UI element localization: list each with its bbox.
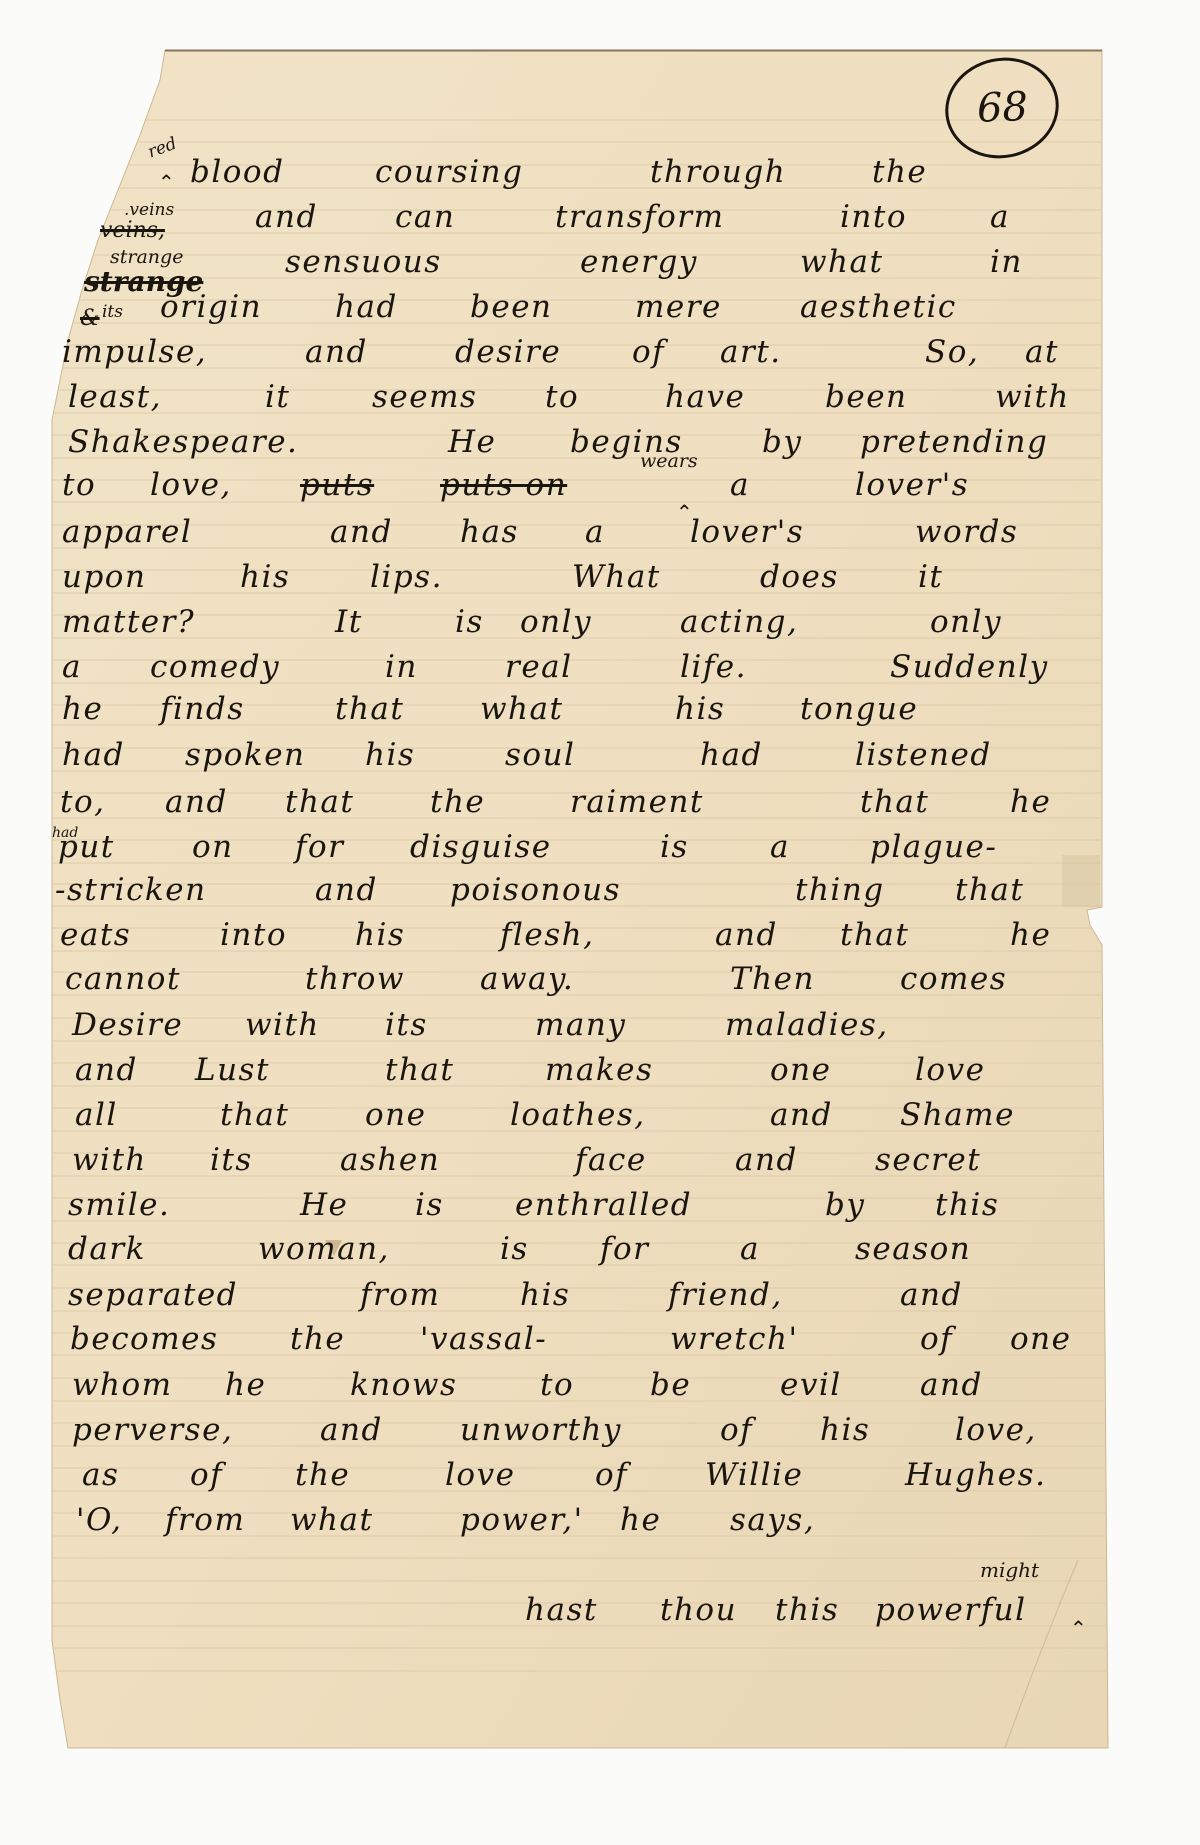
- word: real: [505, 652, 573, 683]
- word: he: [1010, 920, 1051, 951]
- manuscript-line: matter? It is only acting, only: [0, 598, 1200, 638]
- manuscript-line: cannot throw away. Then comes: [0, 955, 1200, 995]
- word: listened: [855, 740, 992, 771]
- word: comedy: [150, 652, 280, 683]
- word: plague-: [870, 832, 997, 863]
- word: love: [915, 1055, 985, 1086]
- word: that: [955, 875, 1024, 906]
- manuscript-line: dark woman, is for a season: [0, 1225, 1200, 1265]
- word: thing: [795, 875, 885, 906]
- word: power,': [460, 1505, 584, 1536]
- word: pretending: [860, 427, 1048, 458]
- word: to: [540, 1370, 574, 1401]
- word: that: [840, 920, 909, 951]
- word: a: [585, 517, 605, 548]
- word: that: [385, 1055, 454, 1086]
- word: season: [855, 1234, 971, 1265]
- word: thou: [660, 1595, 737, 1626]
- word: on: [192, 832, 234, 863]
- word: its: [385, 1010, 428, 1041]
- word: does: [760, 562, 839, 593]
- word: and: [920, 1370, 983, 1401]
- word: flesh,: [500, 920, 594, 951]
- word: ashen: [340, 1145, 440, 1176]
- word: evil: [780, 1370, 842, 1401]
- word: by: [762, 427, 802, 458]
- word: It: [335, 607, 363, 638]
- word: hast: [525, 1595, 598, 1626]
- manuscript-line: Desire with its many maladies,: [0, 1001, 1200, 1041]
- word: is: [455, 607, 484, 638]
- word: away.: [480, 964, 574, 995]
- word: and: [770, 1100, 833, 1131]
- word: tongue: [800, 694, 918, 725]
- word: he: [225, 1370, 266, 1401]
- manuscript-line: with its ashen face and secret: [0, 1136, 1200, 1176]
- word: only: [520, 607, 592, 638]
- word: to: [545, 382, 579, 413]
- manuscript-line: separated from his friend, and: [0, 1271, 1200, 1311]
- word: in: [385, 652, 418, 683]
- word: transform: [555, 202, 724, 233]
- manuscript-line: and Lust that makes one love: [0, 1046, 1200, 1086]
- word: it: [265, 382, 290, 413]
- manuscript-line: had spoken his soul had listened: [0, 731, 1200, 771]
- word: love,: [955, 1415, 1037, 1446]
- word: had: [62, 740, 125, 771]
- word: lover's: [690, 517, 804, 548]
- word: the: [290, 1324, 345, 1355]
- word: he: [62, 694, 103, 725]
- word: What: [572, 562, 661, 593]
- word: this: [935, 1190, 999, 1221]
- word: his: [240, 562, 290, 593]
- word: least,: [68, 382, 162, 413]
- word: as: [82, 1460, 119, 1491]
- word: to: [62, 470, 96, 501]
- word: a: [730, 470, 750, 501]
- word: apparel: [62, 517, 192, 548]
- word-struck: puts: [300, 470, 374, 501]
- word: the: [430, 787, 485, 818]
- word: So,: [925, 337, 979, 368]
- word: he: [1010, 787, 1051, 818]
- word: his: [365, 740, 415, 771]
- word: had: [700, 740, 763, 771]
- word: by: [825, 1190, 865, 1221]
- word: for: [295, 832, 344, 863]
- word: has: [460, 517, 519, 548]
- word: perverse,: [72, 1415, 233, 1446]
- word: into: [840, 202, 907, 233]
- word: enthralled: [515, 1190, 692, 1221]
- manuscript-line: smile. He is enthralled by this: [0, 1181, 1200, 1221]
- manuscript-line: becomes the 'vassal- wretch' of one: [0, 1315, 1200, 1355]
- word: his: [520, 1280, 570, 1311]
- word: smile.: [68, 1190, 170, 1221]
- word: and: [735, 1145, 798, 1176]
- word: is: [660, 832, 689, 863]
- word: spoken: [185, 740, 306, 771]
- word: this: [775, 1595, 839, 1626]
- word: Hughes.: [905, 1460, 1046, 1491]
- word: all: [75, 1100, 118, 1131]
- manuscript-line: impulse, and desire of art. So, at: [0, 328, 1200, 368]
- word: art.: [720, 337, 782, 368]
- word: what: [480, 694, 563, 725]
- word: the: [872, 157, 927, 188]
- word: lips.: [370, 562, 443, 593]
- manuscript-line: blood coursing through the: [0, 148, 1200, 188]
- word: whom: [72, 1370, 173, 1401]
- manuscript-line: origin had been mere aesthetic: [0, 283, 1200, 323]
- word: mere: [635, 292, 722, 323]
- word: into: [220, 920, 287, 951]
- manuscript-line: and can transform into a: [0, 193, 1200, 233]
- manuscript-line: perverse, and unworthy of his love,: [0, 1406, 1200, 1446]
- word: Willie: [705, 1460, 803, 1491]
- manuscript-line: hast thou this powerful: [0, 1586, 1200, 1626]
- word: wretch': [670, 1324, 799, 1355]
- word: origin: [160, 292, 262, 323]
- word: it: [918, 562, 943, 593]
- word: a: [62, 652, 82, 683]
- word: for: [600, 1234, 649, 1265]
- word: and: [305, 337, 368, 368]
- word: and: [320, 1415, 383, 1446]
- word: powerful: [875, 1595, 1027, 1626]
- word: love: [445, 1460, 515, 1491]
- word: dark: [68, 1234, 146, 1265]
- word: what: [800, 247, 883, 278]
- word: Suddenly: [890, 652, 1049, 683]
- word: have: [665, 382, 745, 413]
- manuscript-line: to love, puts puts on a lover's: [0, 461, 1200, 501]
- word: with: [995, 382, 1070, 413]
- word: impulse,: [62, 337, 207, 368]
- word: at: [1025, 337, 1059, 368]
- word: from: [165, 1505, 245, 1536]
- manuscript-line: apparel and has a lover's words: [0, 508, 1200, 548]
- word: friend,: [668, 1280, 783, 1311]
- word: secret: [875, 1145, 981, 1176]
- word: lover's: [855, 470, 969, 501]
- word: throw: [305, 964, 405, 995]
- margin-note-might: might: [980, 1560, 1039, 1580]
- manuscript-line: -stricken and poisonous thing that: [0, 866, 1200, 906]
- word: and: [255, 202, 318, 233]
- word: 'O,: [76, 1505, 122, 1536]
- word: comes: [900, 964, 1007, 995]
- word: the: [295, 1460, 350, 1491]
- word: raiment: [570, 787, 704, 818]
- word: maladies,: [725, 1010, 889, 1041]
- word: a: [990, 202, 1010, 233]
- word: Lust: [195, 1055, 270, 1086]
- word: Desire: [72, 1010, 183, 1041]
- manuscript-line: 'O, from what power,' he says,: [0, 1496, 1200, 1536]
- word: -stricken: [55, 875, 207, 906]
- word: that: [285, 787, 354, 818]
- word: one: [365, 1100, 426, 1131]
- word: blood: [190, 157, 284, 188]
- word: soul: [505, 740, 575, 771]
- word: is: [500, 1234, 529, 1265]
- word: a: [740, 1234, 760, 1265]
- word: that: [335, 694, 404, 725]
- word: many: [535, 1010, 626, 1041]
- word: loathes,: [510, 1100, 646, 1131]
- word: and: [715, 920, 778, 951]
- word: only: [930, 607, 1002, 638]
- word: coursing: [375, 157, 523, 188]
- manuscript-line: upon his lips. What does it: [0, 553, 1200, 593]
- word: from: [360, 1280, 440, 1311]
- word: of: [720, 1415, 753, 1446]
- word: says,: [730, 1505, 815, 1536]
- word: of: [632, 337, 665, 368]
- word: in: [990, 247, 1023, 278]
- word: what: [290, 1505, 373, 1536]
- word: be: [650, 1370, 691, 1401]
- word: love,: [150, 470, 232, 501]
- word: been: [470, 292, 553, 323]
- word: his: [675, 694, 725, 725]
- manuscript-line: put on for disguise is a plague-: [0, 823, 1200, 863]
- word: of: [920, 1324, 953, 1355]
- word: its: [210, 1145, 253, 1176]
- word: poisonous: [450, 875, 621, 906]
- word: sensuous: [285, 247, 442, 278]
- word: a: [770, 832, 790, 863]
- manuscript-line: Shakespeare. He begins by pretending: [0, 418, 1200, 458]
- word: unworthy: [460, 1415, 622, 1446]
- word: cannot: [65, 964, 181, 995]
- word: face: [575, 1145, 647, 1176]
- word: and: [165, 787, 228, 818]
- word: Then: [730, 964, 815, 995]
- word: energy: [580, 247, 698, 278]
- word: and: [900, 1280, 963, 1311]
- word: knows: [350, 1370, 457, 1401]
- word: that: [220, 1100, 289, 1131]
- word: life.: [680, 652, 747, 683]
- word: seems: [372, 382, 477, 413]
- word: that: [860, 787, 929, 818]
- manuscript-line: a comedy in real life. Suddenly: [0, 643, 1200, 683]
- manuscript-line: whom he knows to be evil and: [0, 1361, 1200, 1401]
- word: words: [915, 517, 1018, 548]
- word: matter?: [62, 607, 195, 638]
- word: desire: [455, 337, 561, 368]
- manuscript-line: eats into his flesh, and that he: [0, 911, 1200, 951]
- word: he: [620, 1505, 661, 1536]
- word: through: [650, 157, 786, 188]
- word: 'vassal-: [420, 1324, 547, 1355]
- manuscript-line: least, it seems to have been with: [0, 373, 1200, 413]
- word: is: [415, 1190, 444, 1221]
- word: one: [770, 1055, 831, 1086]
- word: been: [825, 382, 908, 413]
- word: separated: [68, 1280, 238, 1311]
- word: aesthetic: [800, 292, 957, 323]
- word: makes: [545, 1055, 653, 1086]
- word: He: [300, 1190, 348, 1221]
- word: of: [595, 1460, 628, 1491]
- word: to,: [60, 787, 105, 818]
- word: can: [395, 202, 455, 233]
- word: He: [448, 427, 496, 458]
- word: and: [330, 517, 393, 548]
- word: his: [820, 1415, 870, 1446]
- manuscript-line: sensuous energy what in: [0, 238, 1200, 278]
- word: and: [75, 1055, 138, 1086]
- manuscript-line: as of the love of Willie Hughes.: [0, 1451, 1200, 1491]
- word: becomes: [70, 1324, 218, 1355]
- word: upon: [62, 562, 146, 593]
- word: his: [355, 920, 405, 951]
- word: had: [335, 292, 398, 323]
- page-number: 68: [976, 84, 1028, 132]
- word-struck: puts on: [440, 470, 567, 501]
- word: eats: [60, 920, 131, 951]
- word: of: [190, 1460, 223, 1491]
- word: Shame: [900, 1100, 1015, 1131]
- manuscript-line: to, and that the raiment that he: [0, 778, 1200, 818]
- word: and: [315, 875, 378, 906]
- word: begins: [570, 427, 683, 458]
- word: Shakespeare.: [68, 427, 298, 458]
- word: with: [72, 1145, 147, 1176]
- word: finds: [160, 694, 245, 725]
- manuscript-line: he finds that what his tongue: [0, 685, 1200, 725]
- manuscript-page: 68 red ⌃ .veins veins, strange strange &…: [0, 0, 1200, 1845]
- word: acting,: [680, 607, 798, 638]
- word: one: [1010, 1324, 1071, 1355]
- manuscript-line: all that one loathes, and Shame: [0, 1091, 1200, 1131]
- word: woman,: [258, 1234, 390, 1265]
- word: disguise: [410, 832, 552, 863]
- word: with: [245, 1010, 320, 1041]
- word: put: [58, 832, 115, 863]
